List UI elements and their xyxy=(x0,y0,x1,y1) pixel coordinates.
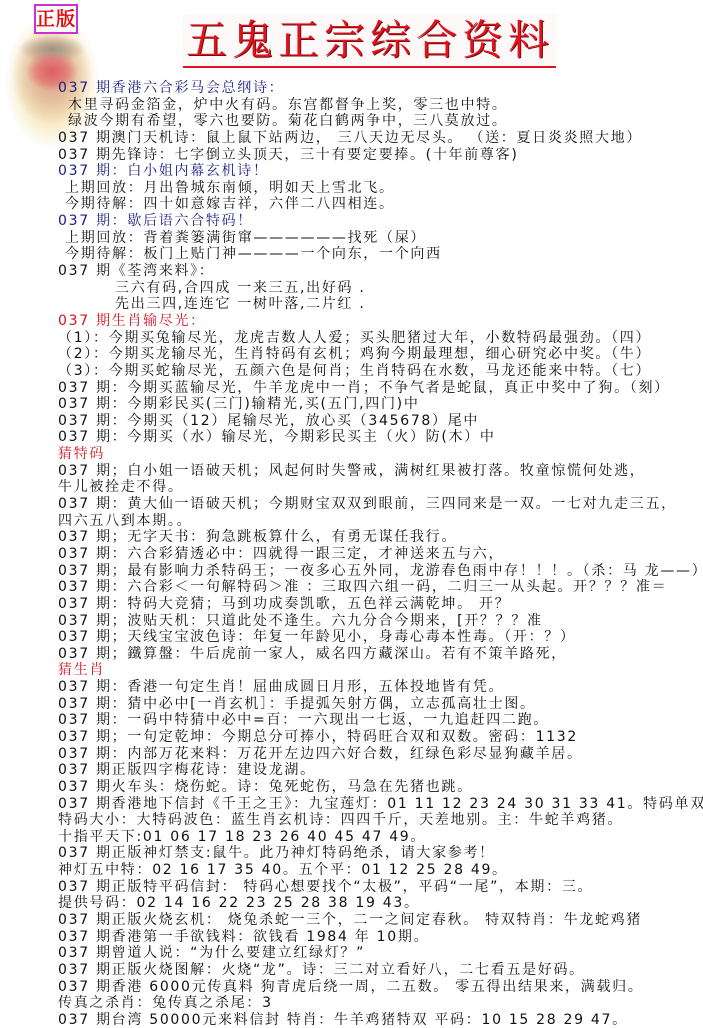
text-line: 037 期：今期买蓝输尽光，牛羊龙虎中一肖；不争气者是蛇鼠，真正中奖中了狗。（刻… xyxy=(0,380,703,397)
text-line: 037 期：六合彩＜一句解特码＞准 ：三取四六组一码，二归三一从头起。开？？？准… xyxy=(0,579,703,596)
text-line: 037 期：内部万花来料：万花开左边四六好合数，红绿色彩尽显狗藏羊居。 xyxy=(0,746,703,763)
text-line: 037 期台湾 50000元来料信封 特肖：牛羊鸡猪特双 平码：10 15 28… xyxy=(0,1012,703,1028)
poem-line: 木里寻码金箔金，炉中火有码。东宫都督争上奖，零三也中特。 xyxy=(0,97,703,114)
text-line: 037 期正版火烧图解：火烧“龙”。诗：三二对立看好八，二七看五是好码。 xyxy=(0,962,703,979)
text-line: 上期回放：背着粪篓满街窜——————找死（屎） xyxy=(0,230,703,247)
text-line: 037 期香港 6000元传真料 狗青虎后绕一周，二五数。 零五得出结果来，满载… xyxy=(0,979,703,996)
text-line: 上期回放：月出鲁城东南倾，明如天上雪北飞。 xyxy=(0,180,703,197)
section-heading: 037 期：歇后语六合特码！ xyxy=(0,213,703,230)
text-line: （1）：今期买兔输尽光，龙虎吉数人人爱；买头肥猪过大年，小数特码最强劲。（四） xyxy=(0,330,703,347)
text-line: 037 期：特码大竞猜；马到功成奏凯歌，五色祥云满乾坤。 开？ xyxy=(0,596,703,613)
section-heading: 037 期生肖输尽光： xyxy=(0,313,703,330)
text-line: 037 期：今期买（12）尾输尽光，放心买（345678）尾中 xyxy=(0,413,703,430)
text-line: 037 期香港地下信封《千王之王》：九宝莲灯：01 11 12 23 24 30… xyxy=(0,796,703,813)
text-line: 037 期正版神灯禁支:鼠牛。此乃神灯特码绝杀，请大家参考！ xyxy=(0,845,703,862)
text-line: 037 期：六合彩猜透必中：四就得一跟三定，才神送来五与六， xyxy=(0,546,703,563)
text-line: 037 期：一码中特猜中必中=百：一六现出一七返，一九追赶四二跑。 xyxy=(0,712,703,729)
text-line: 037 期：香港一句定生肖！屈曲成圆日月形，五体投地皆有凭。 xyxy=(0,679,703,696)
text-line: 037 期：猜中必中[一肖玄机］：手提弧矢射方偶，立志孤高壮士图。 xyxy=(0,696,703,713)
text-line: 037 期先锋诗：七字倒立头顶天，三十有要定要捧。(十年前尊客) xyxy=(0,147,703,164)
text-line: 十指平天下:01 06 17 18 23 26 40 45 47 49。 xyxy=(0,829,703,846)
text-line: 传真之杀肖：兔传真之杀尾：3 xyxy=(0,995,703,1012)
text-line: 牛儿被拴走不得。 xyxy=(0,479,703,496)
text-line: 037 期正版特平码信封： 特码心想要找个“太极”，平码“一尾”，本期：三。 xyxy=(0,879,703,896)
text-line: 今期待解：四十如意嫁吉祥，六伴二八四相连。 xyxy=(0,196,703,213)
page-title: 五鬼正宗综合资料 xyxy=(183,14,557,66)
text-line: （2）：今期买龙输尽光，生肖特码有玄机；鸡狗今期最理想，细心研究必中奖。（牛） xyxy=(0,346,703,363)
text-line: 037 期：今期买（水）输尽光，今期彩民买主（火）防(木）中 xyxy=(0,429,703,446)
text-line: 037 期；最有影响力杀特码王；一夜多心五外同，龙游春色雨中存！！！。（杀：马 … xyxy=(0,563,703,580)
poem-line: 先出三四,连连它 一树叶落,二片红 . xyxy=(0,296,703,313)
authentic-badge: 正版 xyxy=(34,4,78,34)
text-line: 神灯五中特：02 16 17 35 40。五个平：01 12 25 28 49。 xyxy=(0,862,703,879)
text-line: （3）：今期买蛇输尽光，五颜六色是何肖；生肖特码在水数，马龙还能来中特。（七） xyxy=(0,363,703,380)
section-heading: 037 期：白小姐内幕玄机诗！ xyxy=(0,163,703,180)
text-line: 037 期香港第一手欲钱料：欲钱看 1984 年 10期。 xyxy=(0,929,703,946)
text-line: 037 期曾道人说：“为什么要建立红绿灯？” xyxy=(0,945,703,962)
text-line: 037 期正版火烧玄机： 烧兔杀蛇一三个，二一之间定春秋。 特双特肖：牛龙蛇鸡猪 xyxy=(0,912,703,929)
text-line: 037 期澳门天机诗：鼠上鼠下站两边， 三八天边无尽头。 （送：夏日炎炎照大地） xyxy=(0,130,703,147)
title-underline xyxy=(183,66,556,68)
text-line: 037 期火车头：烧伤蛇。诗：兔死蛇伤，马急在先猪也跳。 xyxy=(0,779,703,796)
text-line: 037 期；一句定乾坤：今期总分可捧小，特码旺合双和双数。密码：1132 xyxy=(0,729,703,746)
section-heading: 037 期香港六合彩马会总纲诗： xyxy=(0,80,703,97)
text-line: 四六五八到本期。。 xyxy=(0,513,703,530)
poem-line: 三六有码,合四成 一来三五,出好码 . xyxy=(0,280,703,297)
poem-line: 绿波今期有希望，零六也要防。菊花白鹤两争中，三八莫放过。 xyxy=(0,113,703,130)
text-line: 特码大小：大特码波色：蓝生肖玄机诗：四四千斤，天差地别。主：牛蛇羊鸡猪。 xyxy=(0,812,703,829)
text-line: 037 期；白小姐一语破天机；风起何时失警戒，满树红果被打落。牧童惊慌何处逃， xyxy=(0,463,703,480)
text-line: 037 期；无字天书：狗急跳板算什么，有勇无谋任我行。 xyxy=(0,529,703,546)
text-line: 037 期；鐵算盤：牛后虎前一家人，威名四方藏深山。若有不策羊路死， xyxy=(0,646,703,663)
text-line: 037 期正版四字梅花诗：建设龙湖。 xyxy=(0,762,703,779)
section-heading: 猜生肖 xyxy=(0,662,703,679)
text-line: 037 期；波贴天机：只道此处不逢生。六九分合今期来，[开？？？准 xyxy=(0,613,703,630)
text-line: 037 期：黄大仙一语破天机；今期财宝双双到眼前，三四同来是一双。一七对九走三五… xyxy=(0,496,703,513)
section-heading: 猜特码 xyxy=(0,446,703,463)
text-line: 提供号码：02 14 16 22 23 25 28 38 19 43。 xyxy=(0,895,703,912)
article-body: 037 期香港六合彩马会总纲诗： 木里寻码金箔金，炉中火有码。东宫都督争上奖，零… xyxy=(0,80,703,1028)
text-line: 037 期《荃湾来料》： xyxy=(0,263,703,280)
text-line: 037 期；天线宝宝波色诗：年复一年龄见小，身毒心毒本性毒。（开：？） xyxy=(0,629,703,646)
text-line: 今期待解：板门上贴门神————一个向东，一个向西 xyxy=(0,246,703,263)
text-line: 037 期：今期彩民买(三门)输精光,买(五门,四门)中 xyxy=(0,396,703,413)
